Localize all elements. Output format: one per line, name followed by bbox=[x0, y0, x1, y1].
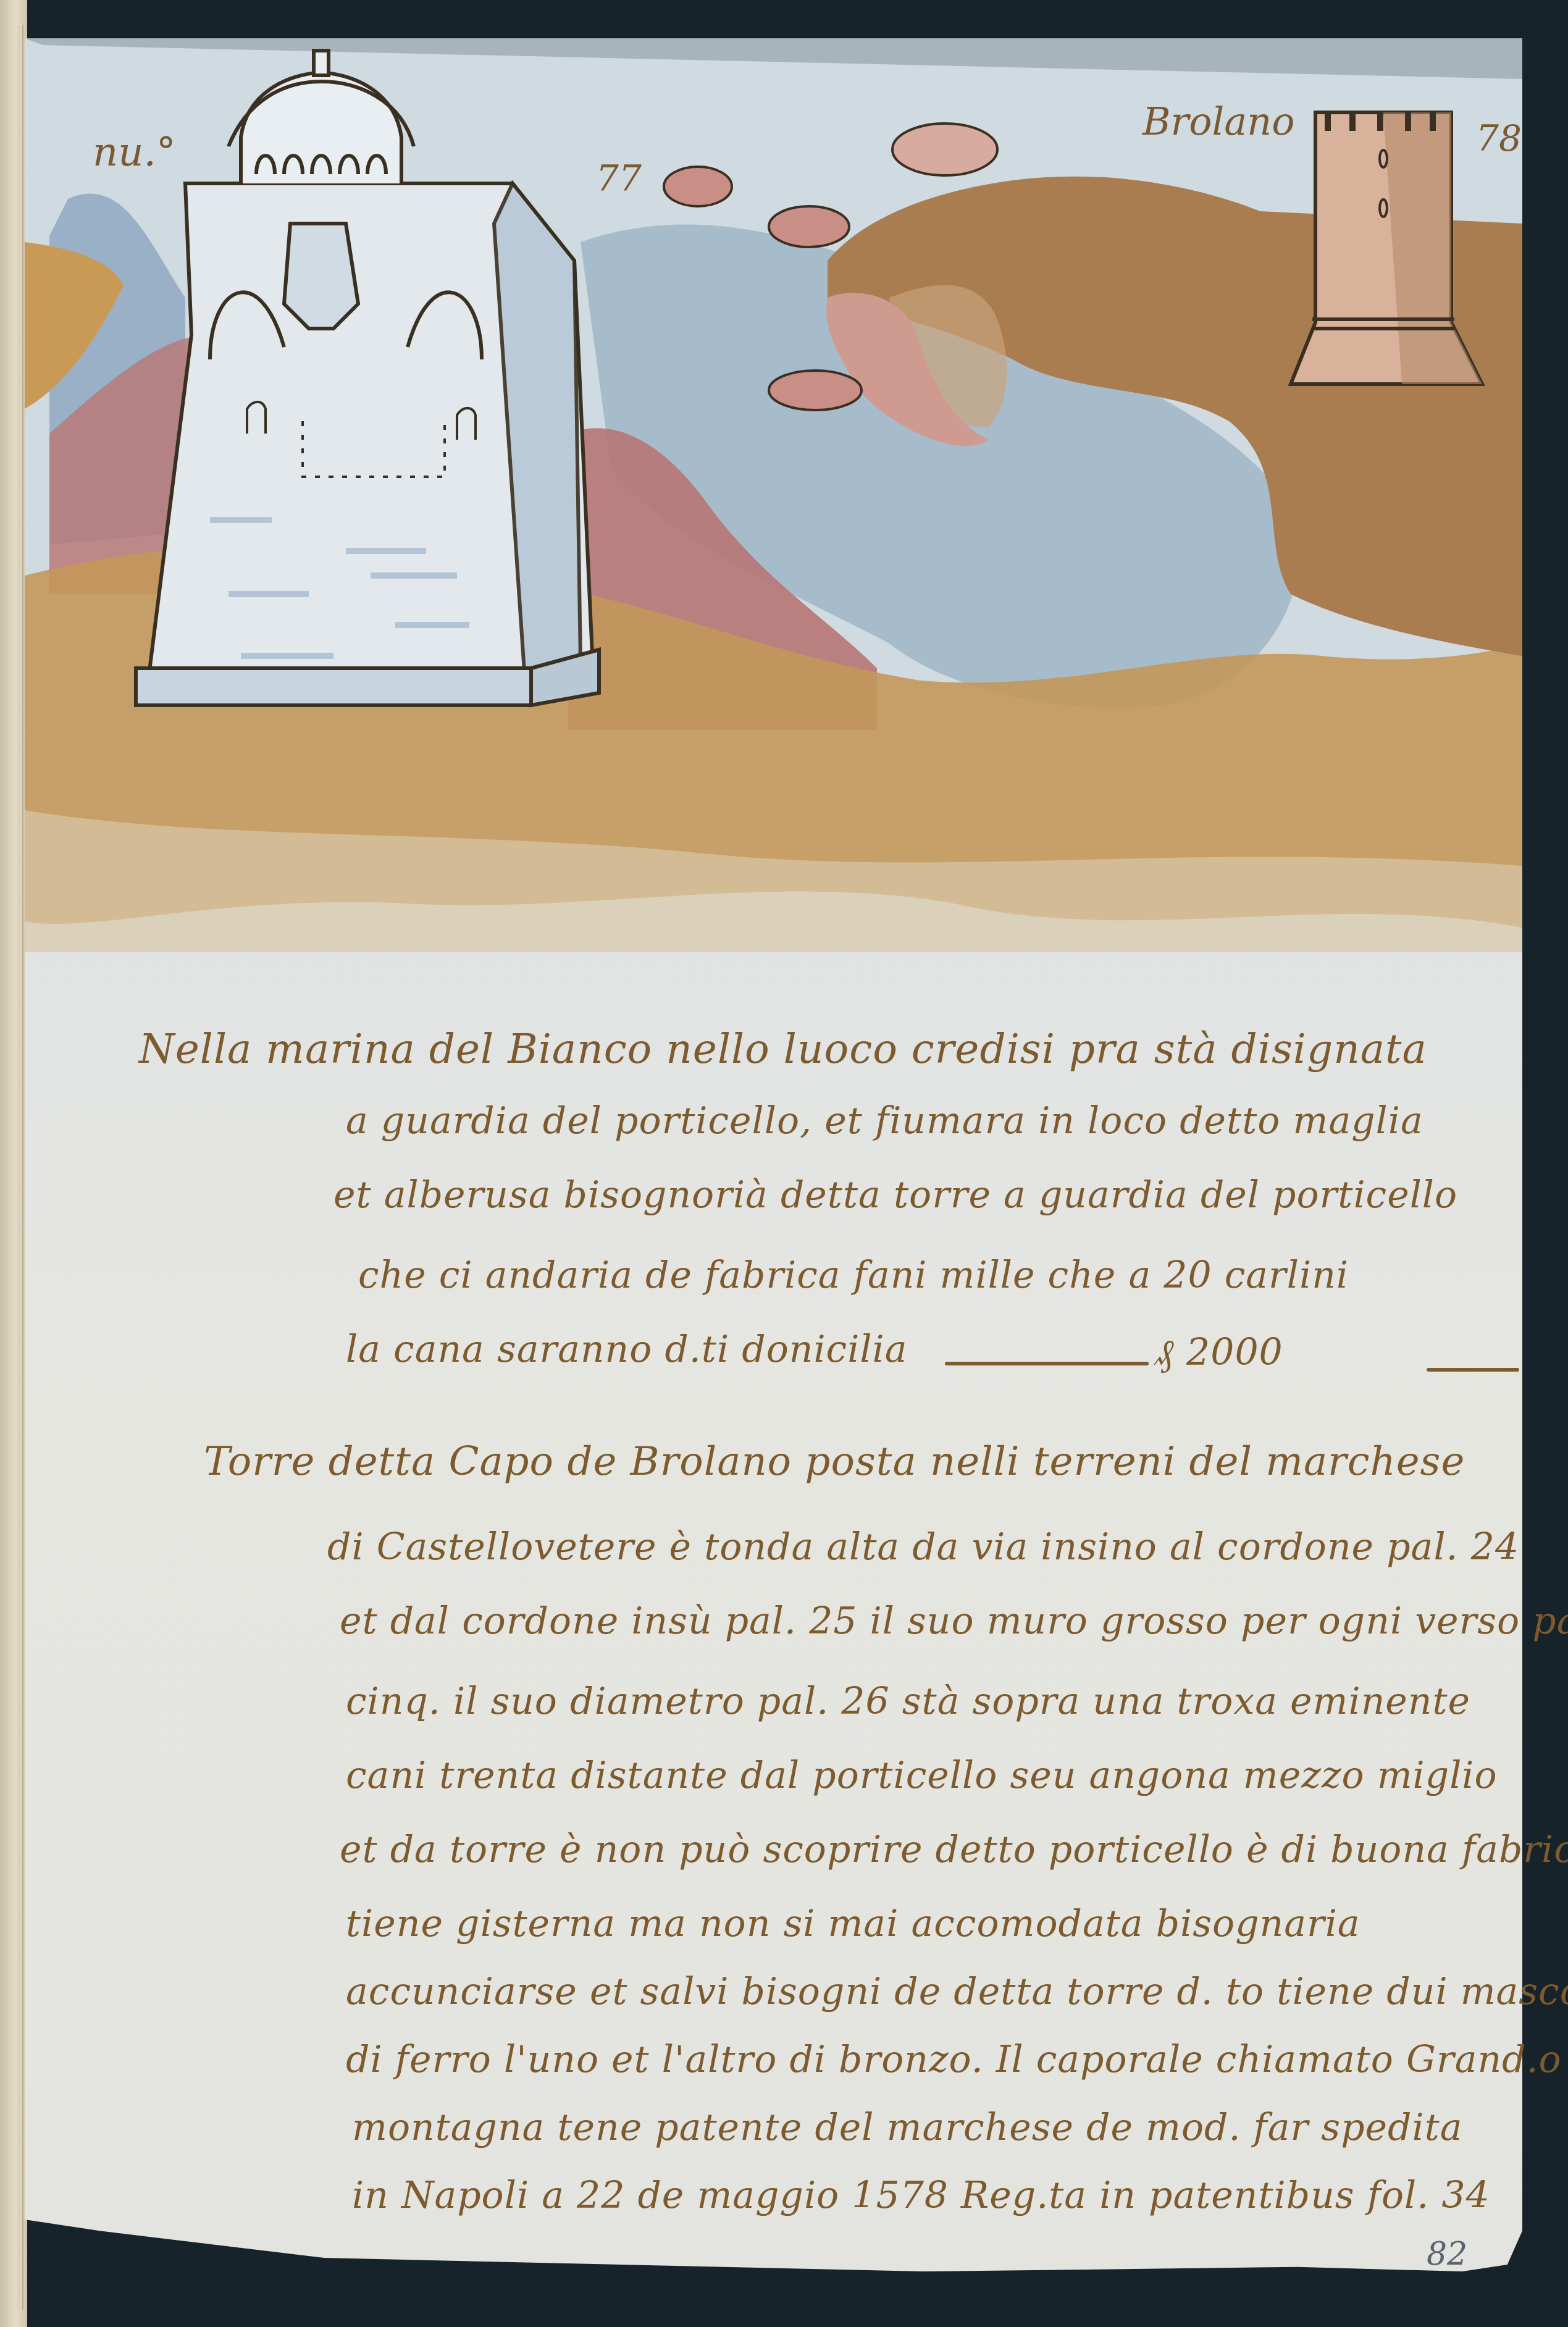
illustration-label-78: 78 bbox=[1476, 117, 1522, 159]
rock-4 bbox=[769, 371, 862, 410]
text-line: montagna tene patente del marchese de mo… bbox=[352, 2106, 1463, 2149]
text-line: tiene gisterna ma non si mai accomodata … bbox=[346, 1902, 1360, 1945]
rock-1 bbox=[664, 167, 732, 206]
text-line: cinq. il suo diametro pal. 26 stà sopra … bbox=[346, 1680, 1470, 1723]
text-line: Torre detta Capo de Brolano posta nelli … bbox=[204, 1439, 1465, 1485]
text-line: et da torre è non può scoprire detto por… bbox=[340, 1828, 1568, 1871]
text-line: la cana saranno d.ti donicilia bbox=[346, 1328, 908, 1371]
illustration-label-number: nu.° bbox=[93, 130, 176, 175]
rock-3 bbox=[892, 124, 997, 175]
illustration-label-place: Brolano bbox=[1142, 99, 1295, 144]
text-line: di ferro l'uno et l'altro di bronzo. Il … bbox=[346, 2038, 1562, 2081]
folio-number: 82 bbox=[1427, 2236, 1467, 2273]
text-line: a guardia del porticello, et fiumara in … bbox=[346, 1099, 1423, 1143]
text-line: di Castellovetere è tonda alta da via in… bbox=[327, 1525, 1519, 1569]
text-line: che ci andaria de fabrica fani mille che… bbox=[358, 1254, 1349, 1297]
text-line: cani trenta distante dal porticello seu … bbox=[346, 1754, 1498, 1797]
text-sum: ₰ 2000 bbox=[1155, 1331, 1283, 1374]
illustration-label-77: 77 bbox=[596, 157, 642, 199]
text-rule bbox=[945, 1362, 1149, 1365]
text-line: et dal cordone insù pal. 25 il suo muro … bbox=[340, 1600, 1568, 1643]
text-line: in Napoli a 22 de maggio 1578 Reg.ta in … bbox=[352, 2174, 1490, 2217]
text-line: accunciarse et salvi bisogni de detta to… bbox=[346, 1970, 1568, 2013]
rock-2 bbox=[769, 206, 849, 247]
text-rule bbox=[1427, 1368, 1519, 1372]
text-line: et alberusa bisognorià detta torre a gua… bbox=[333, 1173, 1457, 1217]
text-line: Nella marina del Bianco nello luoco cred… bbox=[139, 1025, 1427, 1073]
facing-page-edge bbox=[17, 25, 23, 2310]
watercolor-illustration bbox=[25, 38, 1522, 952]
